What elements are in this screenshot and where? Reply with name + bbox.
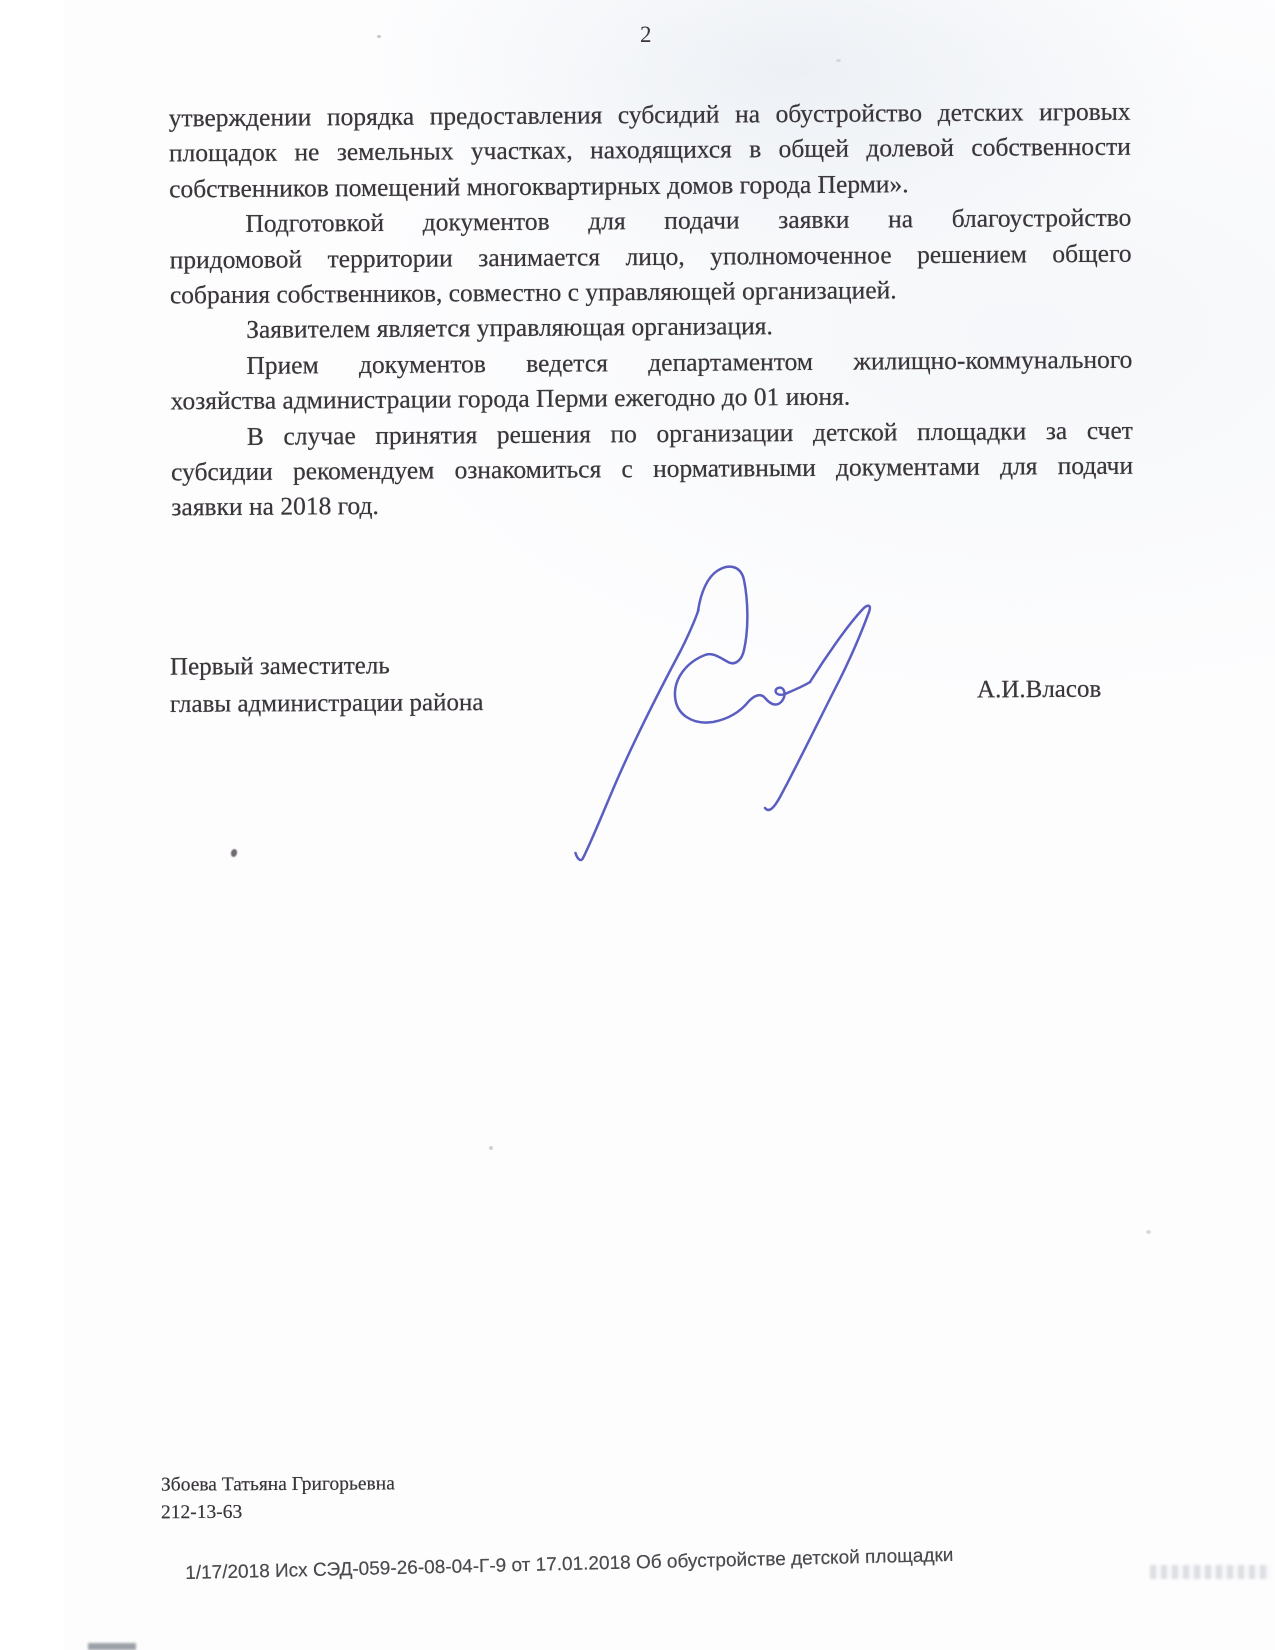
signature-stroke-tail (576, 610, 699, 860)
scan-speck (489, 1146, 493, 1150)
signature-stroke-letter (675, 567, 810, 723)
body-line: субсидии рекомендуем ознакомиться с норм… (171, 448, 1133, 490)
registration-stamp-line: 1/17/2018 Исх СЭД-059-26-08-04-Г-9 от 17… (185, 1544, 985, 1585)
scan-smudge (88, 1643, 136, 1650)
page-number: 2 (640, 22, 652, 48)
signature-stroke-flourish (765, 606, 870, 810)
signer-name: А.И.Власов (977, 676, 1101, 705)
body-text: утверждении порядка предоставления субси… (169, 94, 1134, 526)
scan-smudge (1150, 1565, 1270, 1579)
body-line: площадок не земельных участках, находящи… (169, 129, 1131, 171)
scan-speck (377, 35, 381, 38)
executor-name: Збоева Татьяна Григорьевна (161, 1473, 395, 1496)
signer-title-line2: главы администрации района (170, 689, 484, 719)
document-page: 2 утверждении порядка предоставления суб… (0, 0, 1275, 1650)
executor-phone: 212-13-63 (161, 1502, 242, 1524)
scan-speck (1146, 1230, 1151, 1234)
body-line: придомовой территории занимается лицо, у… (170, 235, 1132, 277)
signer-title-line1: Первый заместитель (170, 652, 390, 681)
scan-speck (230, 848, 238, 857)
scan-speck (836, 59, 841, 62)
body-line: Прием документов ведется департаментом ж… (170, 341, 1132, 383)
body-line: заявки на 2018 год. (171, 483, 1133, 525)
